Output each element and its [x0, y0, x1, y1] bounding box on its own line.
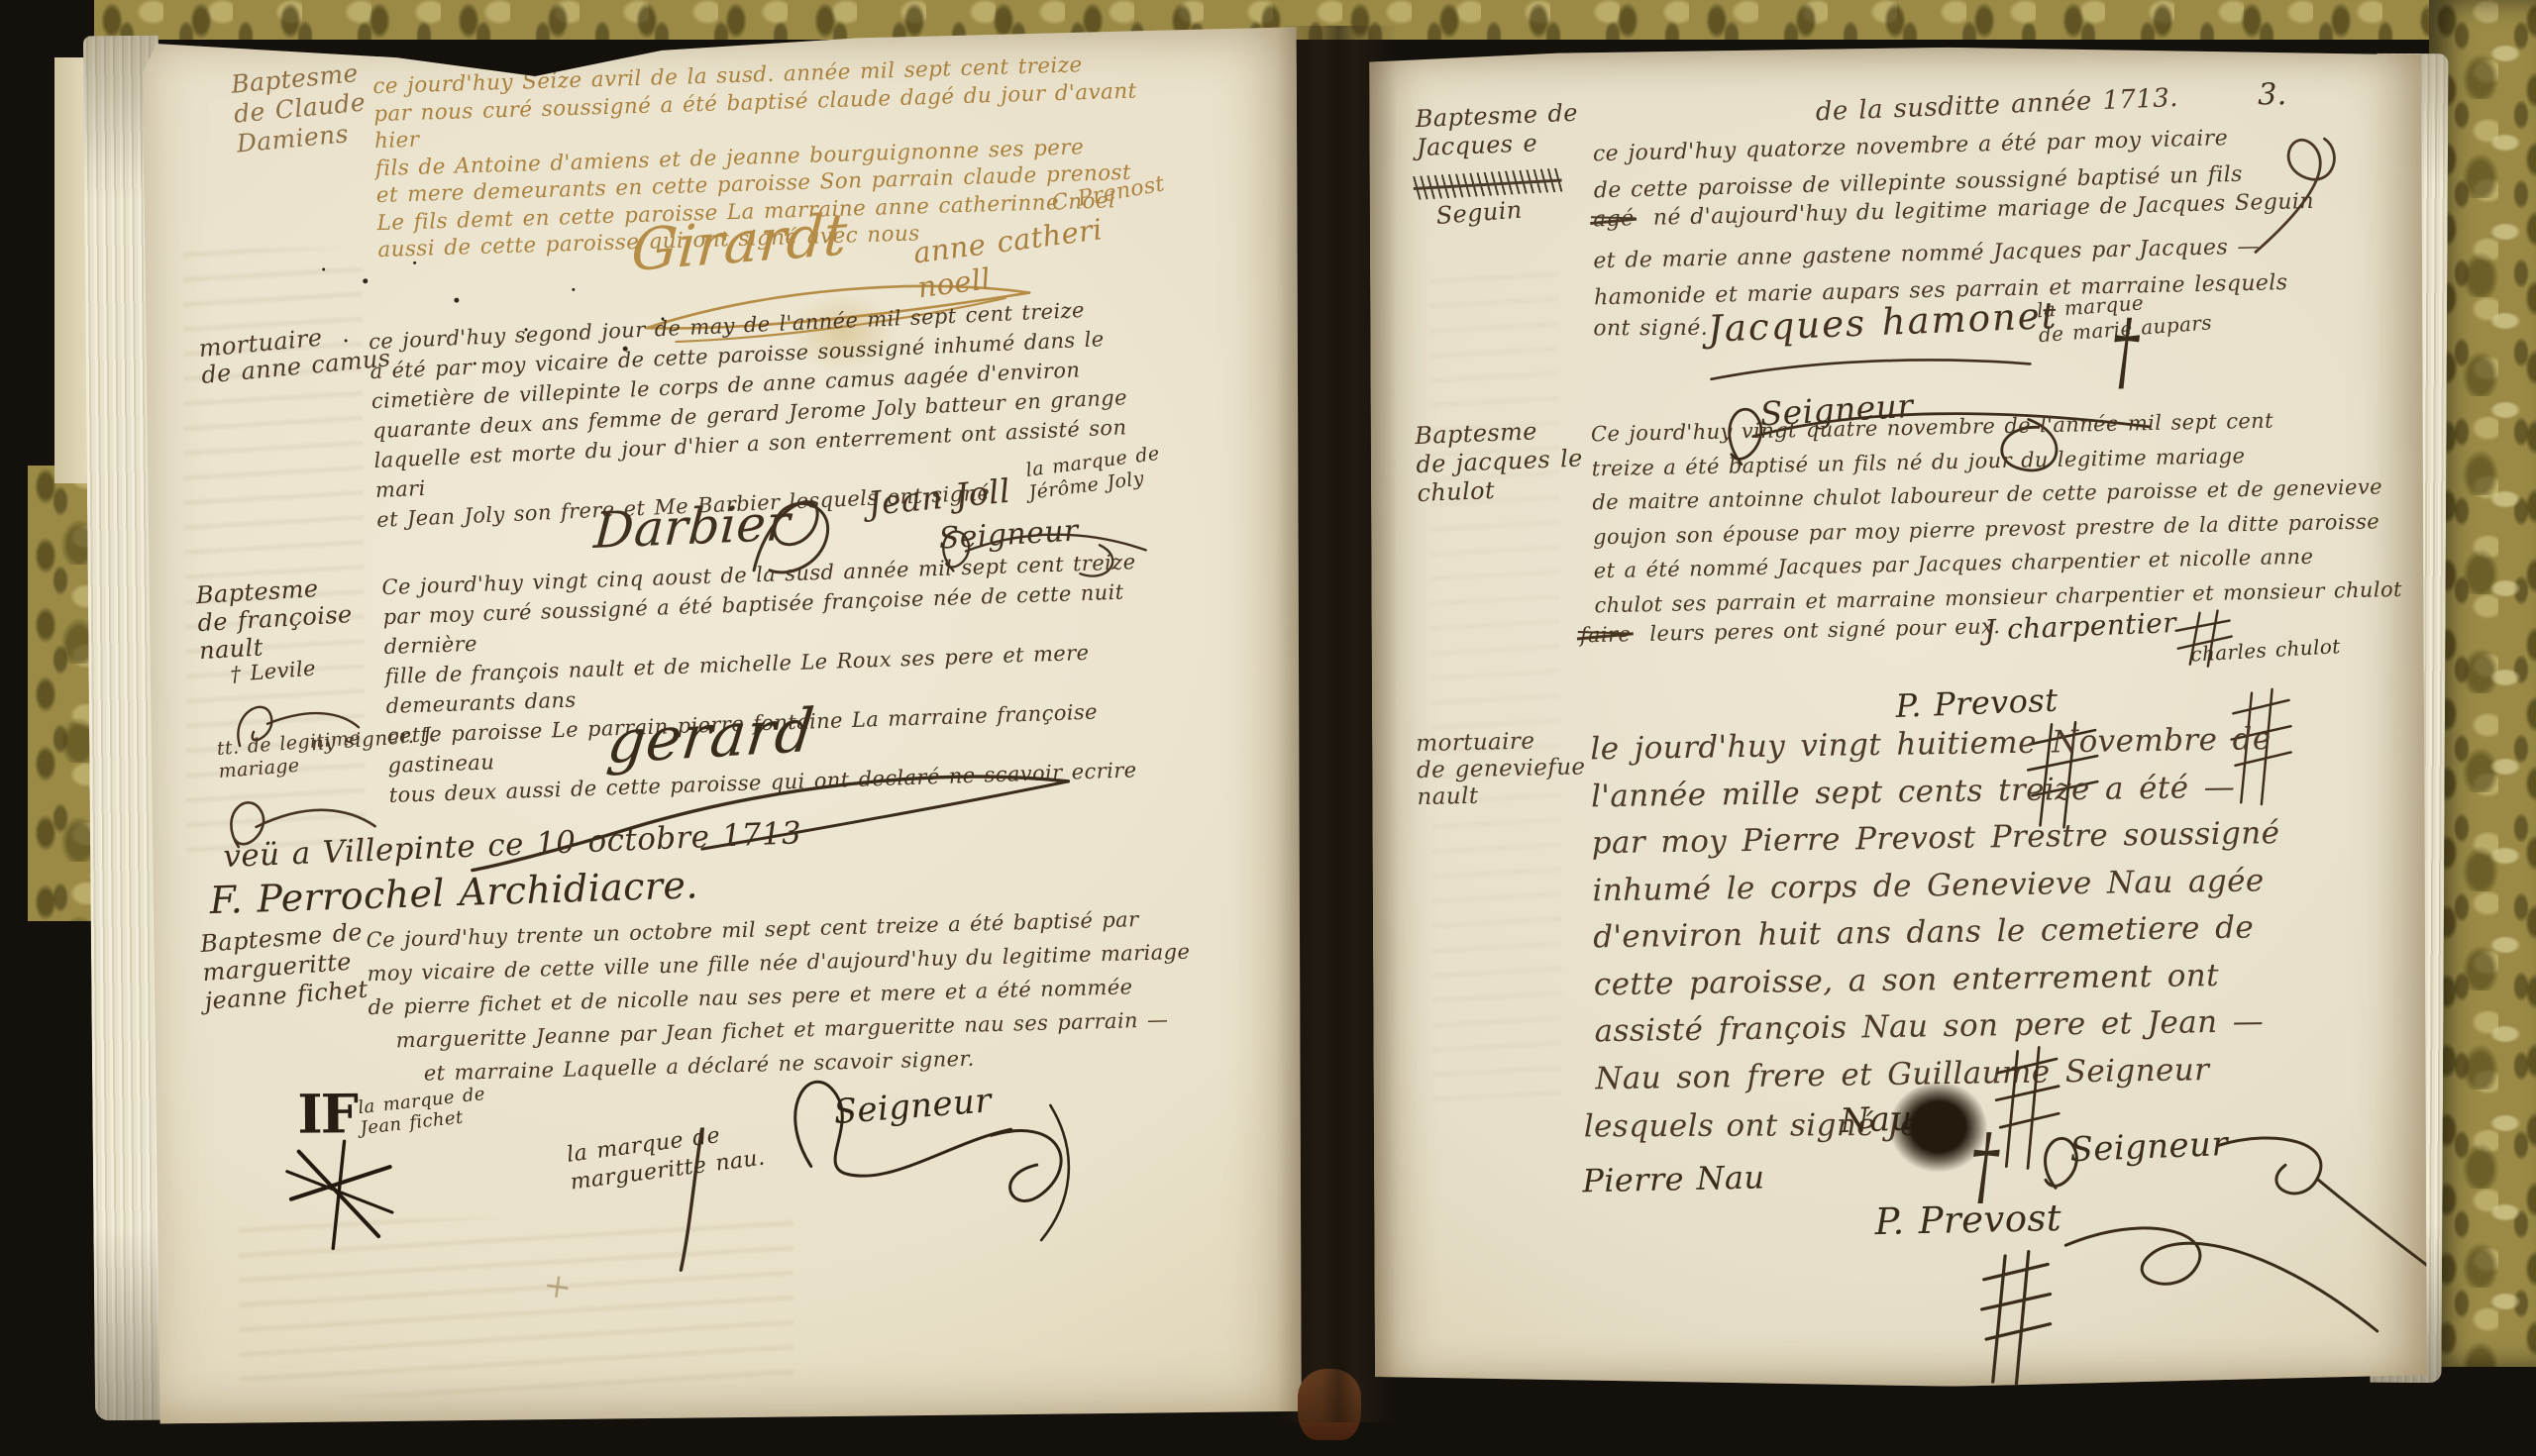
signature-underline [1707, 350, 2034, 386]
mark-note-jean-fichet: la marque de Jean fichet [357, 1084, 488, 1139]
struck-word: faire [1580, 622, 1632, 647]
signature-pierre-nau: Pierre Nau [1582, 1158, 1765, 1199]
margin-label-baptism-damiens: Baptesme de Claude Damiens [230, 58, 370, 159]
ink-bleed-through [1429, 262, 1562, 1115]
if-monogram-mark: IF [297, 1082, 357, 1145]
signature-hatch-paraph [1968, 1249, 2063, 1388]
record-body-baptism-chulot: Ce jourd'huy vingt quatre novembre de l'… [1591, 400, 2447, 622]
mark-note-margueritte-nau: la marque de margueritte nau. [566, 1117, 767, 1197]
page-header-year-note: de la susditte année 1713. [1815, 83, 2178, 127]
margin-label-burial-nau: mortuaire de geneviefue nault [1416, 727, 1586, 811]
faint-cross-mark: + [541, 1265, 575, 1307]
pen-flourish [2058, 1208, 2385, 1338]
signature-prevost: P. Prevost [1895, 681, 2059, 725]
x-mark-icon [283, 1137, 398, 1252]
margin-label-baptism-fichet: Baptesme de margueritte jeanne fichet [199, 918, 369, 1016]
signature-charpentier: J charpentier [1984, 606, 2177, 647]
struck-word: agé [1593, 206, 1635, 232]
margin-label-baptism-nault: Baptesme de françoise nault [195, 572, 355, 665]
signature-paraph [753, 1045, 1180, 1246]
spine-leather [1298, 1369, 1361, 1440]
left-page: Baptesme de Claude Damiens ce jourd'huy … [143, 24, 1306, 1423]
signature-prevost: P. Prevost [1874, 1196, 2061, 1243]
ink-speckles [322, 267, 325, 270]
margin-label-baptism-chulot: Baptesme de jacques le chulot [1415, 416, 1585, 509]
struck-out-word [1413, 168, 1562, 200]
margin-label-baptism-seguin: Baptesme de Jacques e [1415, 99, 1579, 162]
page-number: 3. [2258, 77, 2287, 112]
margin-label-seguin: Seguin [1435, 196, 1524, 230]
right-page: de la susditte année 1713. 3. Baptesme d… [1369, 42, 2427, 1394]
record-closing-line: ont signé. [1593, 316, 1708, 342]
pen-stroke [672, 1125, 712, 1274]
manuscript-book-photo: Baptesme de Claude Damiens ce jourd'huy … [0, 0, 2536, 1456]
record-body-burial-nau: le jourd'huy vingt huitieme Novembre de … [1590, 714, 2448, 1103]
pen-flourish [2241, 129, 2361, 259]
